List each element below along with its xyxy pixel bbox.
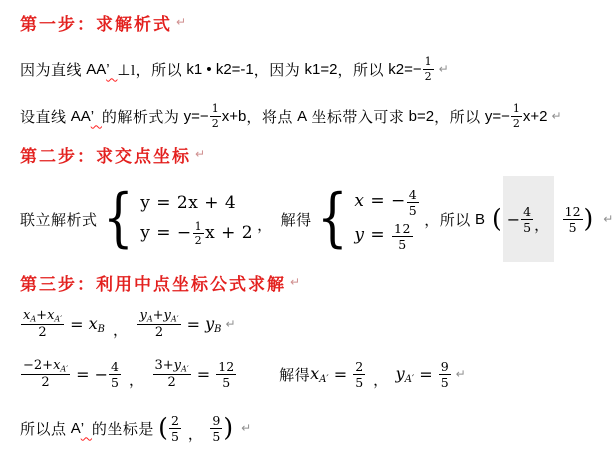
var-y: y	[164, 308, 171, 323]
y-equals-neg: y=−	[485, 108, 510, 125]
left-paren: (	[158, 415, 168, 440]
fraction-1-2: 12	[423, 55, 434, 82]
fraction-3-sum: 3+yA′ 2	[153, 358, 191, 391]
var-xAprime: xA′	[310, 364, 328, 385]
sub-A-prime: A′	[181, 364, 189, 373]
num-prefix: 3+	[155, 358, 174, 373]
sub-B: B	[98, 323, 105, 334]
y-equals: y =	[354, 223, 391, 249]
fraction-4-5: 45	[109, 359, 121, 390]
label-AA: AA	[86, 61, 106, 78]
midpoint-formula-line: xA+xA′ 2 = xB ， yA+yA′ 2 = yB ↵	[20, 304, 236, 344]
fraction-yA-sum: yA+yA′ 2	[137, 308, 180, 341]
spellcheck-wavy-underline: ’	[91, 108, 102, 125]
text-expression-is: 的解析式为	[102, 106, 184, 127]
slope-product: k1 • k2=-1	[186, 61, 253, 78]
spellcheck-wavy-underline: ’	[106, 61, 117, 78]
paragraph-mark-icon: ↵	[195, 147, 205, 161]
document-page: 第一步：求解析式 ↵ 因为直线 AA ’ ⊥l，所以 k1 • k2=-1 ，因…	[0, 0, 612, 452]
text-because-line: 因为直线	[20, 59, 86, 80]
field-shading-highlight: − 45 ，	[503, 176, 554, 262]
text-sub-point: ，将点	[246, 106, 297, 127]
paragraph-mark-icon: ↵	[551, 109, 561, 123]
x-plus-b: x+b	[222, 108, 247, 125]
text-so-point: 所以点	[20, 418, 71, 439]
b-value: b=2	[409, 108, 434, 125]
left-paren: (	[492, 206, 502, 231]
comma: ，	[534, 214, 550, 235]
paragraph-mark-icon: ↵	[290, 275, 300, 289]
text-solve: 解得	[281, 209, 312, 230]
text-perp-so: ⊥l，所以	[117, 59, 186, 80]
step2-heading: 第二步：求交点坐标	[20, 142, 191, 167]
step1-heading-line: 第一步：求解析式 ↵	[20, 10, 186, 34]
comma: ，	[257, 214, 273, 235]
paragraph-mark-icon: ↵	[603, 212, 612, 226]
fraction-1-2: 12	[210, 102, 221, 129]
point-B: B	[475, 211, 485, 228]
text-so: ，所以	[424, 209, 475, 230]
text-coordinates-are: 的坐标是	[92, 418, 158, 439]
comma: ，	[129, 369, 145, 390]
fraction-1-2: 12	[511, 102, 522, 129]
step3-heading: 第三步：利用中点坐标公式求解	[20, 270, 286, 295]
text-simultaneous: 联立解析式	[20, 209, 98, 230]
text-solve: 解得	[279, 364, 310, 385]
text-so: ，所以	[337, 59, 388, 80]
spellcheck-wavy-underline: ’	[81, 420, 92, 437]
comma: ，	[188, 423, 204, 444]
fraction-9-5: 95	[210, 413, 222, 444]
y-equals-neg: y=−	[184, 108, 209, 125]
equals: =	[414, 365, 438, 384]
equation-1: y = 2x + 4	[140, 191, 253, 217]
fraction-xA-sum: xA+xA′ 2	[21, 308, 64, 341]
solution-system: x = − 45 y = 125	[354, 187, 420, 252]
sub-A-prime: A′	[54, 314, 62, 323]
equals: =	[192, 365, 216, 384]
sub-B: B	[214, 323, 221, 334]
text-let-line: 设直线	[20, 106, 71, 127]
var-y: y	[174, 358, 181, 373]
k2-equals: k2=−	[388, 61, 421, 78]
label-AA: AA	[71, 108, 91, 125]
fraction-4-5: 45	[521, 204, 533, 235]
equals: =	[65, 315, 89, 334]
fraction-2-5: 25	[353, 359, 365, 390]
eq2-prefix: y = −	[140, 221, 191, 247]
equals: =	[182, 315, 206, 334]
fraction-9-5: 95	[439, 359, 451, 390]
step1-heading: 第一步：求解析式	[20, 10, 172, 35]
fraction-12-5: 125	[563, 204, 583, 235]
substitution-line: −2+xA′ 2 = − 45 ， 3+yA′ 2 = 125 解得 xA′ =…	[20, 352, 466, 396]
x-plus-2: x+2	[523, 108, 548, 125]
equation-2: y = − 12 x + 2	[140, 220, 253, 247]
system-solve-line: 联立解析式 { y = 2x + 4 y = − 12 x + 2 ， 解得 {…	[20, 176, 612, 262]
var-yB: yB	[205, 314, 221, 335]
fraction-neg2-sum: −2+xA′ 2	[21, 358, 70, 391]
fraction-12-5: 125	[216, 359, 236, 390]
perpendicular-slope-line: 因为直线 AA ’ ⊥l，所以 k1 • k2=-1 ，因为 k1=2 ，所以 …	[20, 50, 449, 88]
sub-A-prime: A′	[171, 314, 179, 323]
text-because: ，因为	[254, 59, 305, 80]
paragraph-mark-icon: ↵	[456, 367, 466, 381]
line-equation-setup: 设直线 AA ’ 的解析式为 y=− 12 x+b ，将点 A 坐标带入可求 b…	[20, 96, 562, 136]
equation-system: y = 2x + 4 y = − 12 x + 2	[140, 191, 253, 247]
right-paren: )	[223, 415, 233, 440]
var-yAprime: yA′	[396, 364, 414, 385]
eq2-suffix: x + 2	[205, 221, 253, 247]
var-y: y	[139, 308, 146, 323]
step2-heading-line: 第二步：求交点坐标 ↵	[20, 142, 205, 166]
text-so: ，所以	[434, 106, 485, 127]
point-A: A	[297, 108, 307, 125]
minus-sign: −	[95, 365, 108, 384]
sub-A-prime: A′	[319, 373, 328, 384]
text-can-solve: 坐标带入可求	[307, 106, 409, 127]
num-prefix: −2+	[23, 358, 53, 373]
fraction-4-5: 45	[407, 187, 419, 218]
equals: =	[71, 365, 95, 384]
x-equals-neg: x = −	[354, 189, 405, 215]
step3-heading-line: 第三步：利用中点坐标公式求解 ↵	[20, 270, 300, 294]
fraction-12-5: 125	[392, 221, 413, 252]
paragraph-mark-icon: ↵	[439, 62, 449, 76]
comma: ，	[113, 319, 129, 340]
fraction-2-5: 25	[169, 413, 181, 444]
solution-x: x = − 45	[354, 187, 420, 218]
result-line: 所以点 A ’ 的坐标是 ( 25 ， 95 ) ↵	[20, 406, 251, 450]
paragraph-mark-icon: ↵	[225, 317, 235, 331]
paragraph-mark-icon: ↵	[241, 421, 251, 435]
left-brace-icon: {	[317, 190, 348, 248]
k1-value: k1=2	[305, 61, 338, 78]
fraction-1-2: 12	[193, 220, 205, 247]
equals: =	[329, 365, 353, 384]
plus: +	[153, 308, 164, 323]
left-brace-icon: {	[103, 190, 134, 248]
var-xB: xB	[89, 314, 105, 335]
sub-A-prime: A′	[405, 373, 414, 384]
point-A-prime: A	[71, 420, 81, 437]
minus-sign: −	[507, 210, 520, 229]
sub-A-prime: A′	[60, 364, 68, 373]
comma: ，	[373, 369, 389, 390]
paragraph-mark-icon: ↵	[176, 15, 186, 29]
solution-y: y = 125	[354, 221, 420, 252]
right-paren: )	[584, 206, 594, 231]
plus: +	[36, 308, 47, 323]
